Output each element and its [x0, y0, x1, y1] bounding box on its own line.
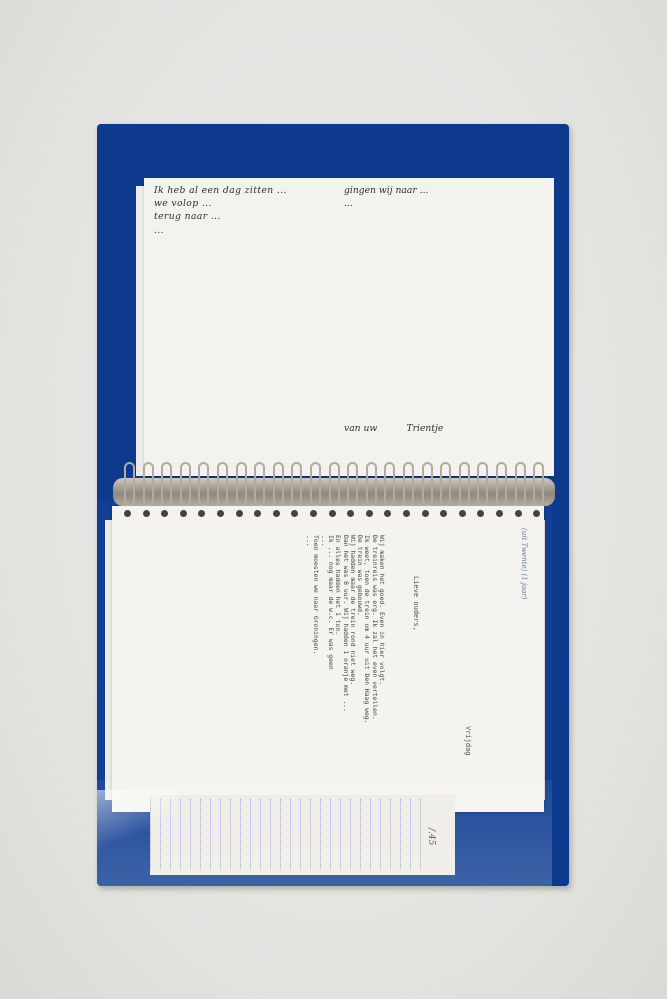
binder-ring [254, 462, 265, 506]
binder-ring [366, 462, 377, 506]
binder-ring [477, 462, 488, 506]
punch-hole [366, 510, 373, 517]
letter-day: Vrijdag [464, 726, 472, 756]
binder-ring [161, 462, 172, 506]
punch-hole [143, 510, 150, 517]
binder-ring [422, 462, 433, 506]
binder-ring [310, 462, 321, 506]
punch-hole [273, 510, 280, 517]
letter-greeting: Lieve ouders, [412, 576, 420, 631]
binder-ring [217, 462, 228, 506]
punch-hole [422, 510, 429, 517]
binder-ring [459, 462, 470, 506]
binder-ring [143, 462, 154, 506]
punch-hole [180, 510, 187, 517]
plastic-glare [97, 790, 177, 860]
punch-hole [496, 510, 503, 517]
binder-ring [273, 462, 284, 506]
binder-ring [384, 462, 395, 506]
binder-ring [496, 462, 507, 506]
punch-hole [217, 510, 224, 517]
binder-ring [236, 462, 247, 506]
punch-hole [459, 510, 466, 517]
punch-hole [236, 510, 243, 517]
typed-body-area: Wij maken het goed. Even in hier volgt. … [155, 535, 385, 785]
binder-ring [329, 462, 340, 506]
binder-ring [124, 462, 135, 506]
pencil-annotation: (uit Twente) (1 jaar) [520, 528, 528, 600]
handwritten-page: Ik heb al een dag zitten ... we volop ..… [144, 178, 554, 476]
punch-hole [515, 510, 522, 517]
binder-ring [533, 462, 544, 506]
punch-hole [403, 510, 410, 517]
binder-ring [198, 462, 209, 506]
binder-ring [347, 462, 358, 506]
punch-hole [329, 510, 336, 517]
punch-hole [124, 510, 131, 517]
punch-hole [310, 510, 317, 517]
binder-ring [440, 462, 451, 506]
binder-ring [403, 462, 414, 506]
binder-ring [291, 462, 302, 506]
typed-body: Wij maken het goed. Even in hier volgt. … [155, 535, 385, 785]
binder-ring [515, 462, 526, 506]
handwritten-right-column: gingen wij naar ... ... van uw Trientje [344, 184, 544, 472]
binder-ring [180, 462, 191, 506]
